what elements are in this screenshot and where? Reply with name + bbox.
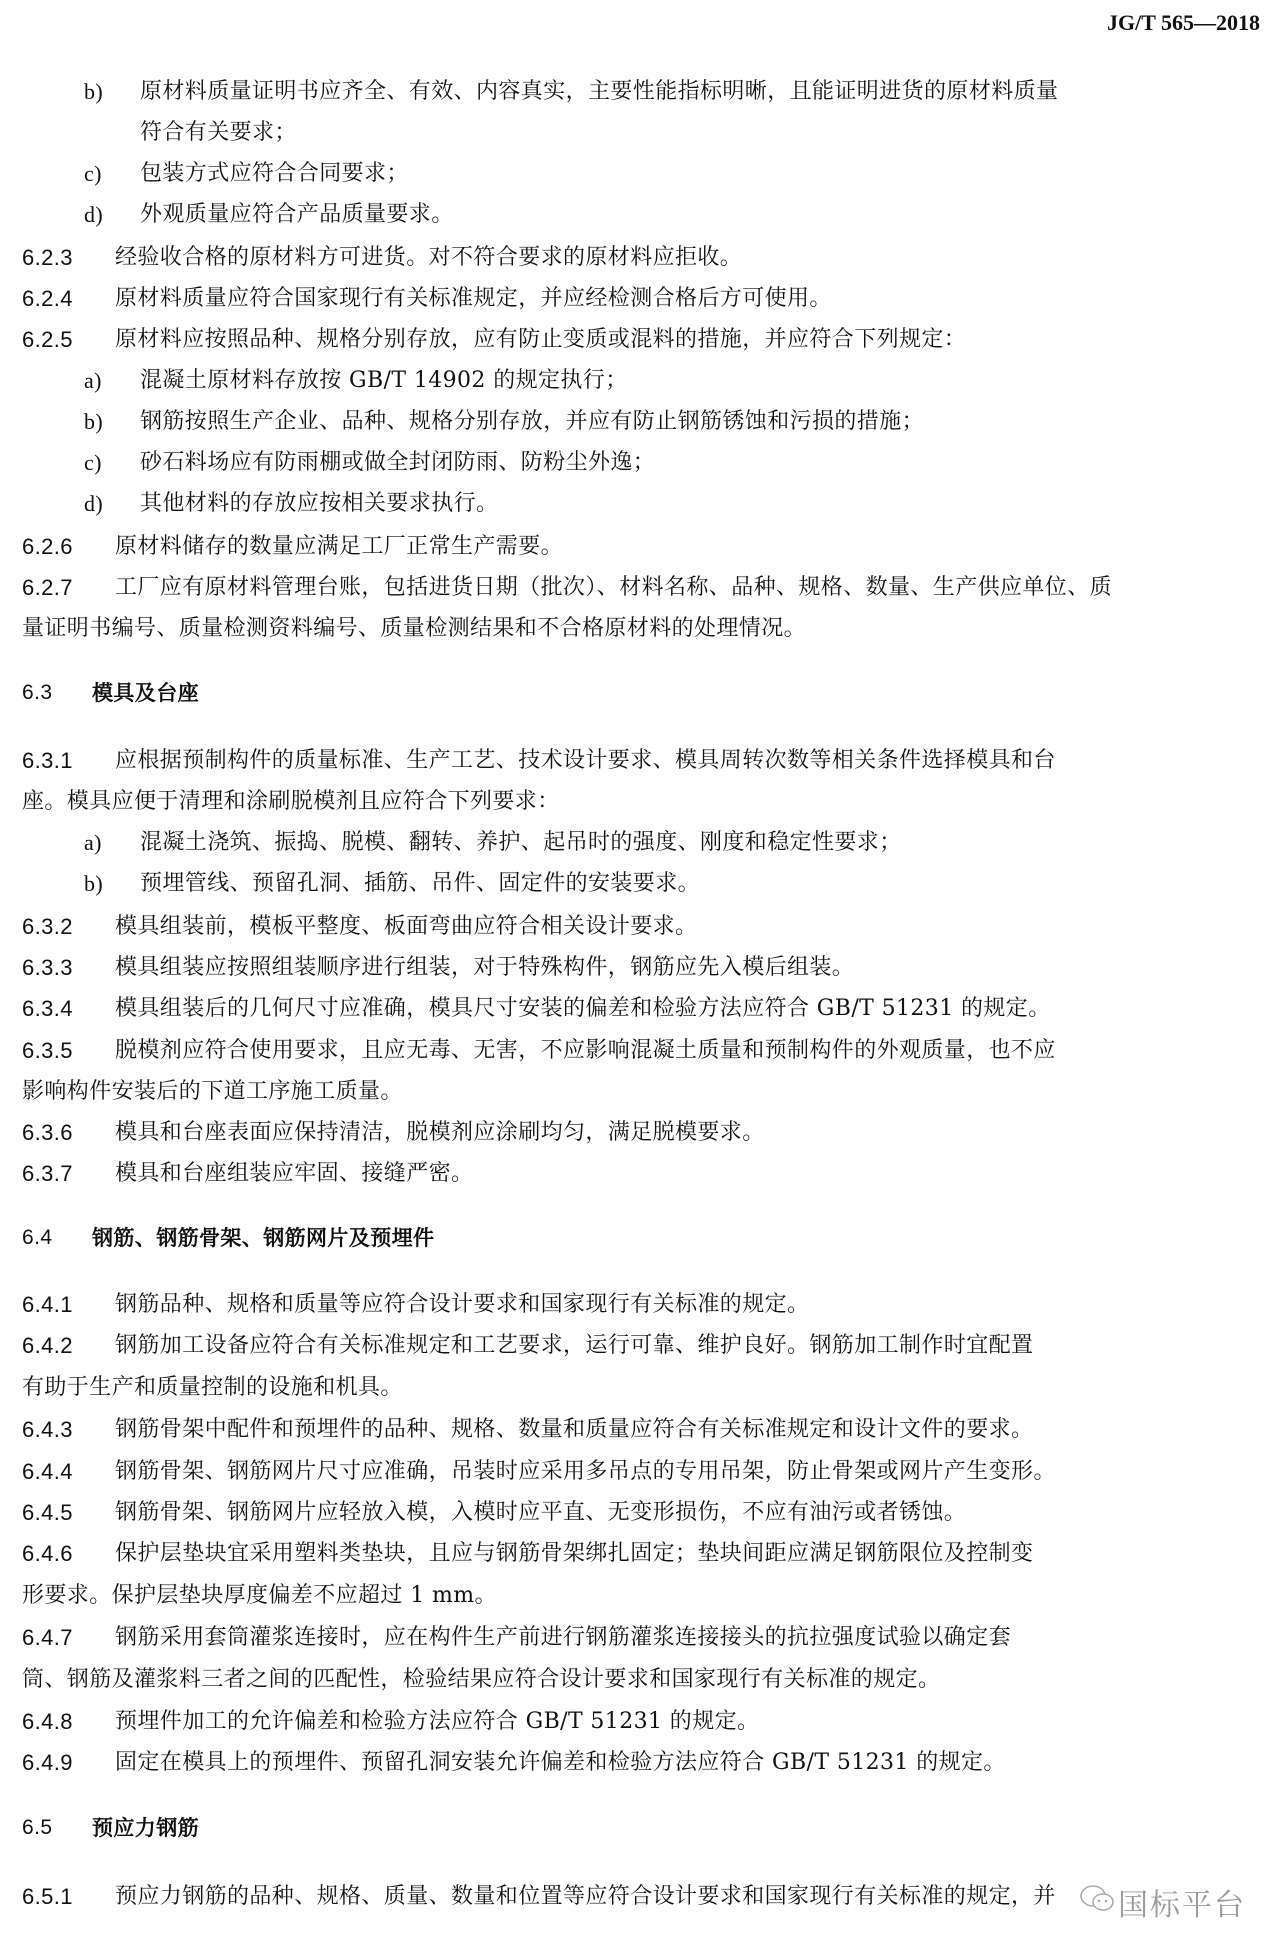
clause-line: 6.4.2钢筋加工设备应符合有关标准规定和工艺要求，运行可靠、维护良好。钢筋加工… — [0, 1326, 1280, 1366]
list-item: b)原材料质量证明书应齐全、有效、内容真实，主要性能指标明晰，且能证明进货的原材… — [0, 72, 1280, 112]
clause-text: 脱模剂应符合使用要求，且应无毒、无害，不应影响混凝土质量和预制构件的外观质量，也… — [115, 1031, 1056, 1071]
continuation-text: 座。模具应便于清理和涂刷脱模剂且应符合下列要求： — [22, 782, 560, 822]
list-item: d)其他材料的存放应按相关要求执行。 — [0, 484, 1280, 524]
clause-text: 原材料应按照品种、规格分别存放，应有防止变质或混料的措施，并应符合下列规定： — [115, 320, 966, 360]
clause-number: 6.4.1 — [22, 1285, 73, 1325]
continuation-text: 形要求。保护层垫块厚度偏差不应超过 1 mm。 — [22, 1576, 497, 1616]
clause-text: 钢筋骨架、钢筋网片应轻放入模，入模时应平直、无变形损伤，不应有油污或者锈蚀。 — [115, 1493, 966, 1533]
clause-text: 模具和台座组装应牢固、接缝严密。 — [115, 1154, 473, 1194]
watermark-text: 国标平台 — [1118, 1880, 1246, 1924]
continuation-text: 符合有关要求； — [140, 113, 297, 153]
list-text: 外观质量应符合产品质量要求。 — [140, 195, 454, 235]
clause-line: 6.3.6模具和台座表面应保持清洁，脱模剂应涂刷均匀，满足脱模要求。 — [0, 1113, 1280, 1153]
clause-text: 原材料质量应符合国家现行有关标准规定，并应经检测合格后方可使用。 — [115, 279, 832, 319]
clause-text: 模具组装前，模板平整度、板面弯曲应符合相关设计要求。 — [115, 907, 697, 947]
continuation-text: 筒、钢筋及灌浆料三者之间的匹配性，检验结果应符合设计要求和国家现行有关标准的规定… — [22, 1660, 940, 1700]
clause-line: 6.4.5钢筋骨架、钢筋网片应轻放入模，入模时应平直、无变形损伤，不应有油污或者… — [0, 1493, 1280, 1533]
clause-line: 6.4.9固定在模具上的预埋件、预留孔洞安装允许偏差和检验方法应符合 GB/T … — [0, 1743, 1280, 1783]
clause-number: 6.4.9 — [22, 1743, 73, 1783]
list-text: 混凝土浇筑、振捣、脱模、翻转、养护、起吊时的强度、刚度和稳定性要求； — [140, 823, 902, 863]
clause-number: 6.3.3 — [22, 948, 73, 988]
list-text: 预埋管线、预留孔洞、插筋、吊件、固定件的安装要求。 — [140, 864, 700, 904]
clause-number: 6.3.1 — [22, 741, 73, 781]
clause-text: 钢筋骨架、钢筋网片尺寸应准确，吊装时应采用多吊点的专用吊架，防止骨架或网片产生变… — [115, 1452, 1056, 1492]
list-label: d) — [84, 195, 103, 235]
clause-number: 6.3.7 — [22, 1154, 73, 1194]
continuation-line: 筒、钢筋及灌浆料三者之间的匹配性，检验结果应符合设计要求和国家现行有关标准的规定… — [0, 1660, 1280, 1700]
clause-number: 6.4.5 — [22, 1493, 73, 1533]
continuation-line: 量证明书编号、质量检测资料编号、质量检测结果和不合格原材料的处理情况。 — [0, 609, 1280, 649]
clause-line: 6.4.3钢筋骨架中配件和预埋件的品种、规格、数量和质量应符合有关标准规定和设计… — [0, 1410, 1280, 1450]
clause-text: 工厂应有原材料管理台账，包括进货日期（批次）、材料名称、品种、规格、数量、生产供… — [115, 568, 1112, 608]
clause-number: 6.4.8 — [22, 1702, 73, 1742]
list-text: 原材料质量证明书应齐全、有效、内容真实，主要性能指标明晰，且能证明进货的原材料质… — [140, 72, 1058, 112]
list-label: a) — [84, 361, 102, 401]
clause-text: 钢筋品种、规格和质量等应符合设计要求和国家现行有关标准的规定。 — [115, 1285, 809, 1325]
clause-number: 6.3.6 — [22, 1113, 73, 1153]
list-text: 混凝土原材料存放按 GB/T 14902 的规定执行； — [140, 361, 628, 401]
list-label: b) — [84, 402, 103, 442]
clause-line: 6.2.3经验收合格的原材料方可进货。对不符合要求的原材料应拒收。 — [0, 238, 1280, 278]
clause-line: 6.3.7模具和台座组装应牢固、接缝严密。 — [0, 1154, 1280, 1194]
list-text: 其他材料的存放应按相关要求执行。 — [140, 484, 498, 524]
wechat-icon — [1078, 1882, 1118, 1916]
continuation-text: 影响构件安装后的下道工序施工质量。 — [22, 1072, 403, 1112]
clause-line: 6.4.1钢筋品种、规格和质量等应符合设计要求和国家现行有关标准的规定。 — [0, 1285, 1280, 1325]
clause-line: 6.2.7工厂应有原材料管理台账，包括进货日期（批次）、材料名称、品种、规格、数… — [0, 568, 1280, 608]
list-item: c)包装方式应符合合同要求； — [0, 154, 1280, 194]
section-title: 预应力钢筋 — [92, 1808, 199, 1848]
continuation-line: 座。模具应便于清理和涂刷脱模剂且应符合下列要求： — [0, 782, 1280, 822]
list-item: b)预埋管线、预留孔洞、插筋、吊件、固定件的安装要求。 — [0, 864, 1280, 904]
clause-text: 经验收合格的原材料方可进货。对不符合要求的原材料应拒收。 — [115, 238, 742, 278]
continuation-line: 有助于生产和质量控制的设施和机具。 — [0, 1368, 1280, 1408]
section-heading: 6.3模具及台座 — [0, 673, 1280, 713]
continuation-line: 影响构件安装后的下道工序施工质量。 — [0, 1072, 1280, 1112]
clause-line: 6.4.4钢筋骨架、钢筋网片尺寸应准确，吊装时应采用多吊点的专用吊架，防止骨架或… — [0, 1452, 1280, 1492]
clause-text: 钢筋骨架中配件和预埋件的品种、规格、数量和质量应符合有关标准规定和设计文件的要求… — [115, 1410, 1033, 1450]
clause-text: 钢筋加工设备应符合有关标准规定和工艺要求，运行可靠、维护良好。钢筋加工制作时宜配… — [115, 1326, 1033, 1366]
section-number: 6.5 — [22, 1808, 52, 1848]
clause-number: 6.2.7 — [22, 568, 73, 608]
list-label: b) — [84, 864, 103, 904]
continuation-text: 量证明书编号、质量检测资料编号、质量检测结果和不合格原材料的处理情况。 — [22, 609, 806, 649]
clause-text: 钢筋采用套筒灌浆连接时，应在构件生产前进行钢筋灌浆连接接头的抗拉强度试验以确定套 — [115, 1618, 1011, 1658]
list-label: b) — [84, 72, 103, 112]
clause-text: 模具组装应按照组装顺序进行组装，对于特殊构件，钢筋应先入模后组装。 — [115, 948, 854, 988]
section-title: 钢筋、钢筋骨架、钢筋网片及预埋件 — [92, 1218, 434, 1258]
continuation-text: 有助于生产和质量控制的设施和机具。 — [22, 1368, 403, 1408]
clause-number: 6.4.4 — [22, 1452, 73, 1492]
list-text: 包装方式应符合合同要求； — [140, 154, 409, 194]
continuation-line: 符合有关要求； — [0, 113, 1280, 153]
clause-number: 6.4.2 — [22, 1326, 73, 1366]
clause-line: 6.3.3模具组装应按照组装顺序进行组装，对于特殊构件，钢筋应先入模后组装。 — [0, 948, 1280, 988]
clause-line: 6.2.4原材料质量应符合国家现行有关标准规定，并应经检测合格后方可使用。 — [0, 279, 1280, 319]
clause-text: 应根据预制构件的质量标准、生产工艺、技术设计要求、模具周转次数等相关条件选择模具… — [115, 741, 1056, 781]
clause-number: 6.3.4 — [22, 989, 73, 1029]
clause-line: 6.2.6原材料储存的数量应满足工厂正常生产需要。 — [0, 527, 1280, 567]
clause-line: 6.3.4模具组装后的几何尺寸应准确，模具尺寸安装的偏差和检验方法应符合 GB/… — [0, 989, 1280, 1029]
clause-text: 固定在模具上的预埋件、预留孔洞安装允许偏差和检验方法应符合 GB/T 51231… — [115, 1743, 1006, 1783]
continuation-line: 形要求。保护层垫块厚度偏差不应超过 1 mm。 — [0, 1576, 1280, 1616]
clause-number: 6.4.3 — [22, 1410, 73, 1450]
section-title: 模具及台座 — [92, 673, 199, 713]
clause-text: 预埋件加工的允许偏差和检验方法应符合 GB/T 51231 的规定。 — [115, 1702, 759, 1742]
list-item: c)砂石料场应有防雨棚或做全封闭防雨、防粉尘外逸； — [0, 443, 1280, 483]
clause-line: 6.4.6保护层垫块宜采用塑料类垫块，且应与钢筋骨架绑扎固定；垫块间距应满足钢筋… — [0, 1534, 1280, 1574]
clause-line: 6.3.1应根据预制构件的质量标准、生产工艺、技术设计要求、模具周转次数等相关条… — [0, 741, 1280, 781]
clause-line: 6.3.2模具组装前，模板平整度、板面弯曲应符合相关设计要求。 — [0, 907, 1280, 947]
clause-number: 6.4.7 — [22, 1618, 73, 1658]
list-label: c) — [84, 154, 102, 194]
section-heading: 6.4钢筋、钢筋骨架、钢筋网片及预埋件 — [0, 1218, 1280, 1258]
list-item: a)混凝土浇筑、振捣、脱模、翻转、养护、起吊时的强度、刚度和稳定性要求； — [0, 823, 1280, 863]
section-heading: 6.5预应力钢筋 — [0, 1808, 1280, 1848]
list-label: a) — [84, 823, 102, 863]
list-text: 砂石料场应有防雨棚或做全封闭防雨、防粉尘外逸； — [140, 443, 655, 483]
clause-line: 6.3.5脱模剂应符合使用要求，且应无毒、无害，不应影响混凝土质量和预制构件的外… — [0, 1031, 1280, 1071]
clause-text: 模具组装后的几何尺寸应准确，模具尺寸安装的偏差和检验方法应符合 GB/T 512… — [115, 989, 1051, 1029]
list-item: b)钢筋按照生产企业、品种、规格分别存放，并应有防止钢筋锈蚀和污损的措施； — [0, 402, 1280, 442]
clause-line: 6.4.8预埋件加工的允许偏差和检验方法应符合 GB/T 51231 的规定。 — [0, 1702, 1280, 1742]
clause-number: 6.2.3 — [22, 238, 73, 278]
section-number: 6.4 — [22, 1218, 52, 1258]
clause-line: 6.4.7钢筋采用套筒灌浆连接时，应在构件生产前进行钢筋灌浆连接接头的抗拉强度试… — [0, 1618, 1280, 1658]
list-label: c) — [84, 443, 102, 483]
section-number: 6.3 — [22, 673, 52, 713]
clause-number: 6.5.1 — [22, 1877, 73, 1917]
document-id-header: JG/T 565—2018 — [1107, 10, 1260, 36]
list-text: 钢筋按照生产企业、品种、规格分别存放，并应有防止钢筋锈蚀和污损的措施； — [140, 402, 924, 442]
clause-number: 6.3.5 — [22, 1031, 73, 1071]
clause-text: 原材料储存的数量应满足工厂正常生产需要。 — [115, 527, 563, 567]
list-item: a)混凝土原材料存放按 GB/T 14902 的规定执行； — [0, 361, 1280, 401]
clause-text: 模具和台座表面应保持清洁，脱模剂应涂刷均匀，满足脱模要求。 — [115, 1113, 765, 1153]
clause-text: 保护层垫块宜采用塑料类垫块，且应与钢筋骨架绑扎固定；垫块间距应满足钢筋限位及控制… — [115, 1534, 1033, 1574]
clause-line: 6.2.5原材料应按照品种、规格分别存放，应有防止变质或混料的措施，并应符合下列… — [0, 320, 1280, 360]
clause-number: 6.2.4 — [22, 279, 73, 319]
clause-number: 6.4.6 — [22, 1534, 73, 1574]
list-label: d) — [84, 484, 103, 524]
clause-number: 6.2.6 — [22, 527, 73, 567]
clause-text: 预应力钢筋的品种、规格、质量、数量和位置等应符合设计要求和国家现行有关标准的规定… — [115, 1877, 1056, 1917]
list-item: d)外观质量应符合产品质量要求。 — [0, 195, 1280, 235]
clause-number: 6.3.2 — [22, 907, 73, 947]
watermark: 国标平台 — [1078, 1880, 1268, 1920]
clause-number: 6.2.5 — [22, 320, 73, 360]
